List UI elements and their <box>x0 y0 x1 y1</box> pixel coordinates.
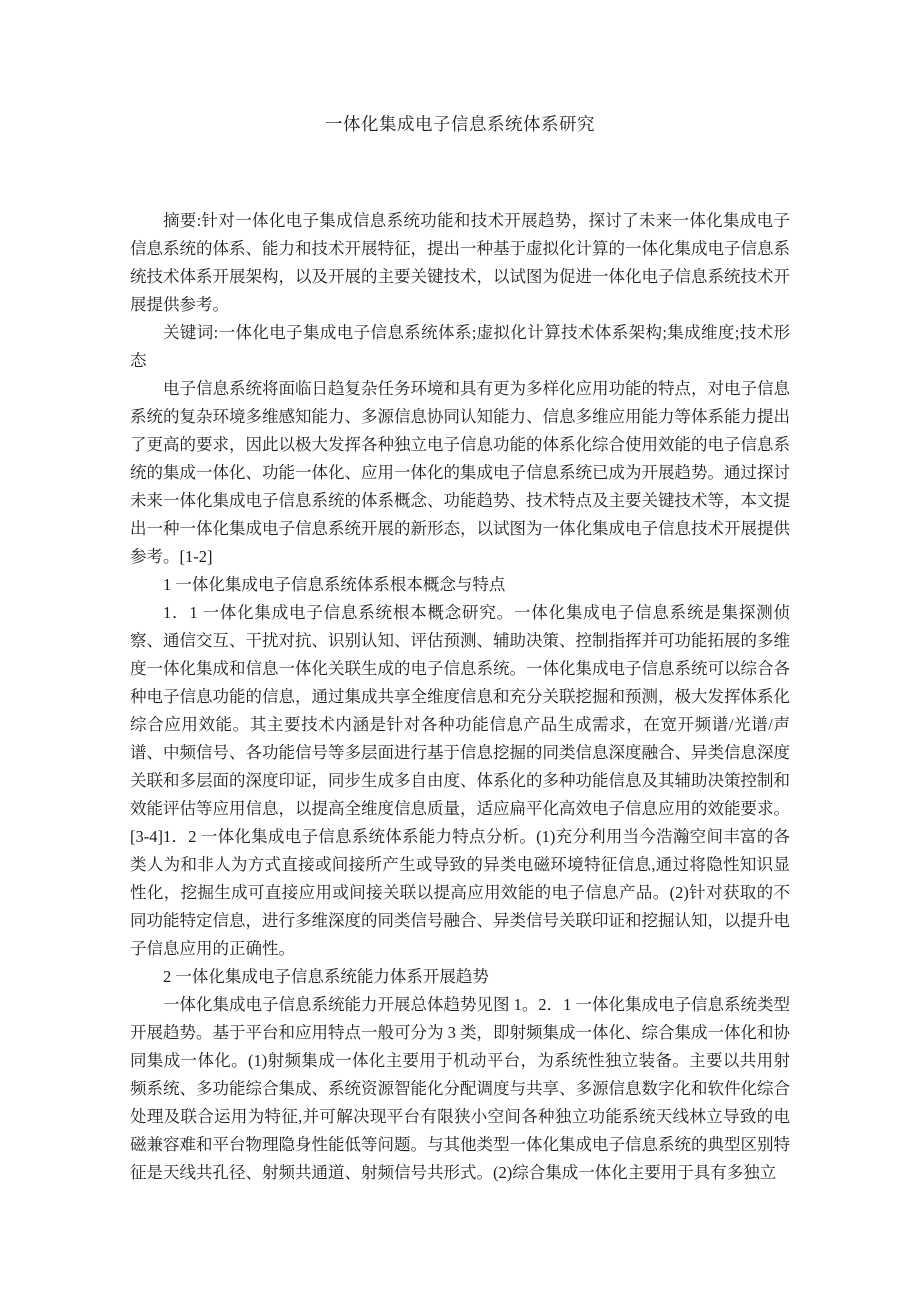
abstract-paragraph: 摘要:针对一体化电子集成信息系统功能和技术开展趋势，探讨了未来一体化集成电子信息… <box>130 207 790 319</box>
document-page: 一体化集成电子信息系统体系研究 摘要:针对一体化电子集成信息系统功能和技术开展趋… <box>0 0 920 1302</box>
introduction-paragraph: 电子信息系统将面临日趋复杂任务环境和具有更为多样化应用功能的特点，对电子信息系统… <box>130 375 790 571</box>
keywords-paragraph: 关键词:一体化电子集成电子信息系统体系;虚拟化计算技术体系架构;集成维度;技术形… <box>130 319 790 375</box>
section-2-heading: 2 一体化集成电子信息系统能力体系开展趋势 <box>130 963 790 991</box>
document-body: 摘要:针对一体化电子集成信息系统功能和技术开展趋势，探讨了未来一体化集成电子信息… <box>130 207 790 1187</box>
section-1-heading: 1 一体化集成电子信息系统体系根本概念与特点 <box>130 571 790 599</box>
document-title: 一体化集成电子信息系统体系研究 <box>130 112 790 136</box>
section-2-body-paragraph: 一体化集成电子信息系统能力开展总体趋势见图 1。2．1 一体化集成电子信息系统类… <box>130 991 790 1187</box>
section-1-body-paragraph: 1．1 一体化集成电子信息系统根本概念研究。一体化集成电子信息系统是集探测侦察、… <box>130 599 790 963</box>
